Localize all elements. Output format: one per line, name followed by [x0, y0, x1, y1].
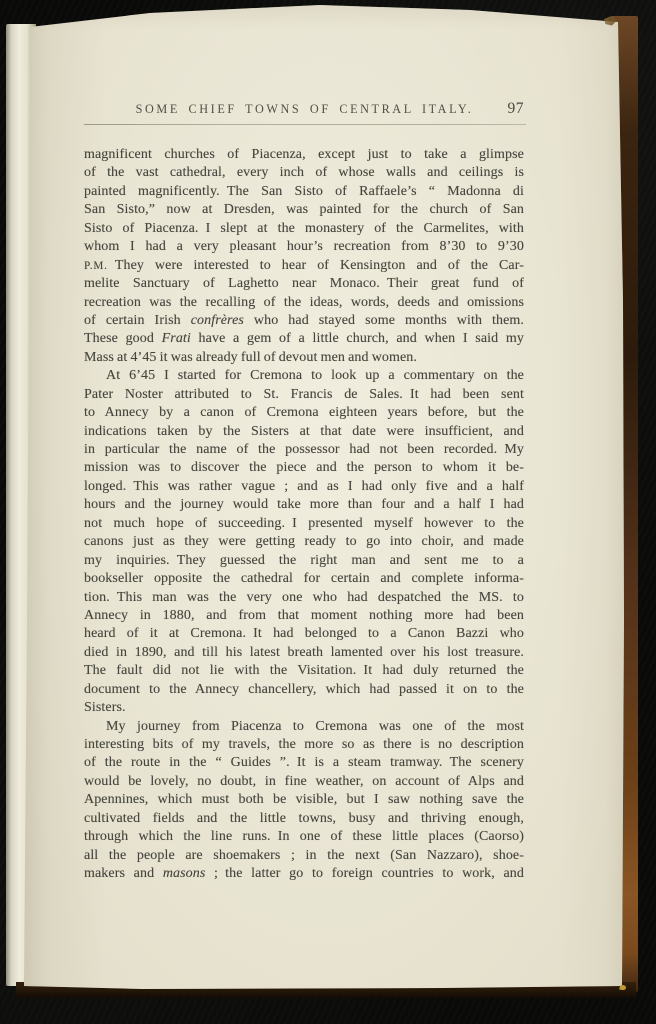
text-line: P.M. They were interested to hear of Ken…	[84, 257, 524, 275]
text-line: of the route in the “ Guides ”. It is a …	[84, 754, 524, 772]
header-title: SOME CHIEF TOWNS OF CENTRAL ITALY.	[84, 100, 525, 117]
text-line: Pater Noster attributed to St. Francis d…	[84, 386, 524, 404]
header-rule	[84, 124, 526, 125]
text-line: melite Sanctuary of Laghetto near Monaco…	[84, 275, 524, 293]
text-line: recreation was the recalling of the idea…	[84, 294, 524, 312]
text-line: tion. This man was the very one who had …	[84, 589, 524, 607]
text-line: my inquiries. They guessed the right man…	[84, 552, 524, 570]
text-line: Apennines, which must both be visible, b…	[84, 791, 524, 809]
text-line: through which the line runs. In one of t…	[84, 828, 524, 846]
text-line: bookseller opposite the cathedral for ce…	[84, 570, 524, 588]
text-line: My journey from Piacenza to Cremona was …	[84, 718, 524, 736]
text-line: longed. This was rather vague ; and as I…	[84, 478, 524, 496]
text-line: not much hope of succeeding. I presented…	[84, 515, 524, 533]
text-line: canons just as they were getting ready t…	[84, 533, 524, 551]
page-body: magnificent churches of Piacenza, except…	[84, 146, 524, 884]
text-line: mission was to discover the piece and th…	[84, 459, 524, 477]
text-line: Sisters.	[84, 699, 524, 717]
text-line: At 6’45 I started for Cremona to look up…	[84, 367, 524, 385]
text-line: to Annecy by a canon of Cremona eighteen…	[84, 404, 524, 422]
text-line: makers and masons ; the latter go to for…	[84, 865, 524, 883]
text-line: hours and the journey would take more th…	[84, 496, 524, 514]
corner-speck	[620, 985, 626, 990]
text-line: document to the Annecy chancellery, whic…	[84, 681, 524, 699]
text-line: of certain Irish confrères who had staye…	[84, 312, 524, 330]
text-line: painted magnificently. The San Sisto of …	[84, 183, 524, 201]
text-line: heard of it at Cremona. It had belonged …	[84, 625, 524, 643]
text-line: interesting bits of my travels, the more…	[84, 736, 524, 754]
text-line: whom I had a very pleasant hour’s recrea…	[84, 238, 524, 256]
text-line: would be lovely, no doubt, in fine weath…	[84, 773, 524, 791]
text-line: cultivated fields and the little towns, …	[84, 810, 524, 828]
text-line: These good Frati have a gem of a little …	[84, 330, 524, 348]
text-line: San Sisto,” now at Dresden, was painted …	[84, 201, 524, 219]
text-line: The fault did not lie with the Visitatio…	[84, 662, 524, 680]
text-line: Mass at 4’45 it was already full of devo…	[84, 349, 524, 367]
book-page: SOME CHIEF TOWNS OF CENTRAL ITALY. 97 ma…	[22, 0, 628, 994]
text-line: of the vast cathedral, every inch of who…	[84, 164, 524, 182]
text-line: Sisto of Piacenza. I slept at the monast…	[84, 220, 524, 238]
text-line: in particular the name of the possessor …	[84, 441, 524, 459]
book-scan: SOME CHIEF TOWNS OF CENTRAL ITALY. 97 ma…	[0, 0, 656, 1024]
text-line: Annecy in 1880, and from that moment not…	[84, 607, 524, 625]
text-line: indications taken by the Sisters at that…	[84, 423, 524, 441]
running-header: SOME CHIEF TOWNS OF CENTRAL ITALY. 97	[84, 100, 525, 120]
page-number: 97	[508, 100, 525, 118]
text-line: magnificent churches of Piacenza, except…	[84, 146, 524, 164]
text-line: all the people are shoemakers ; in the n…	[84, 847, 524, 865]
text-line: died in 1890, and till his latest breath…	[84, 644, 524, 662]
